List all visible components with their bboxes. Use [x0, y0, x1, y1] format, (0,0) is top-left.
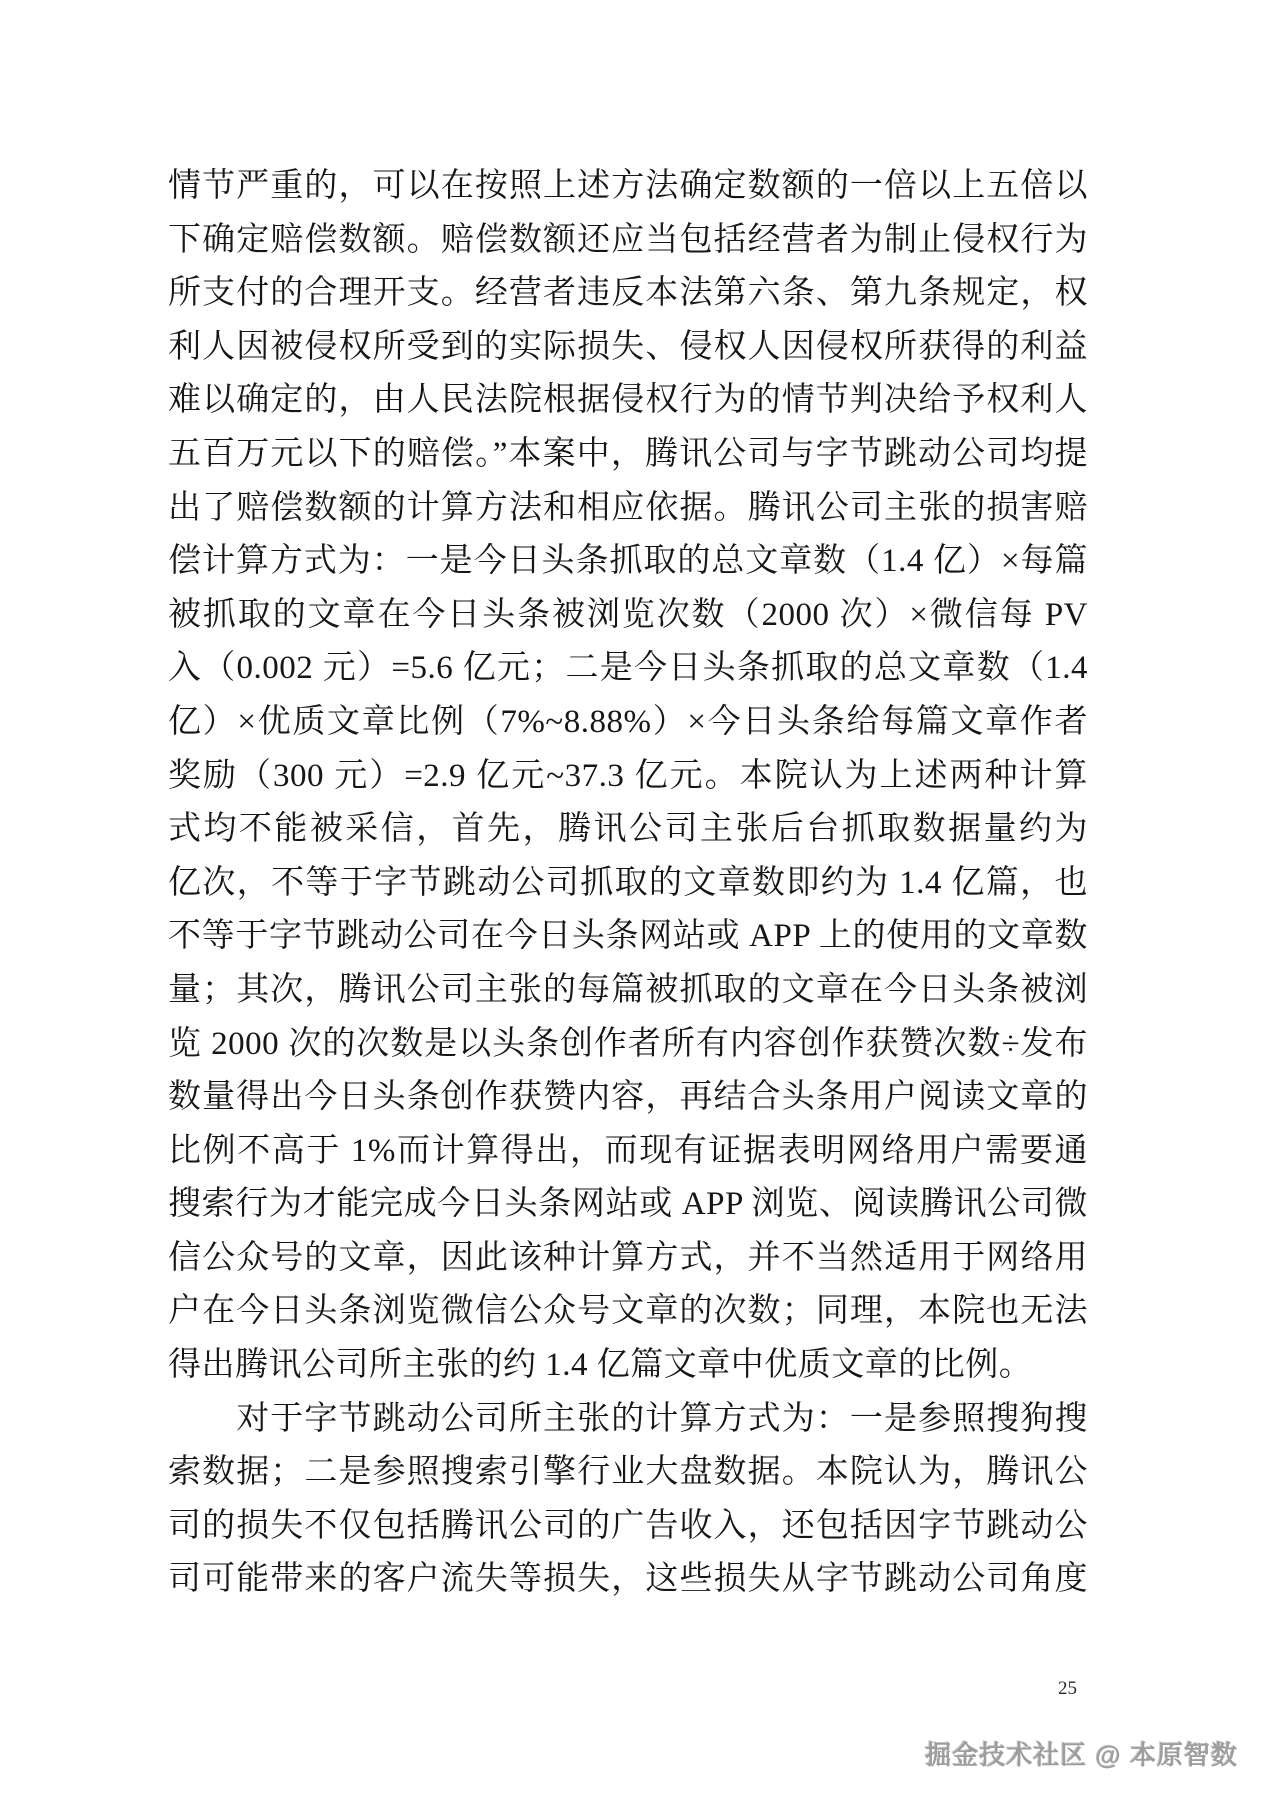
text-line: 所支付的合理开支。经营者违反本法第六条、第九条规定，权 [168, 267, 1088, 321]
text-line: 户在今日头条浏览微信公众号文章的次数；同理，本院也无法 [168, 1285, 1088, 1339]
text-line: 不等于字节跳动公司在今日头条网站或 APP 上的使用的文章数 [168, 910, 1088, 964]
text-line: 搜索行为才能完成今日头条网站或 APP 浏览、阅读腾讯公司微 [168, 1178, 1088, 1232]
text-line: 数量得出今日头条创作获赞内容，再结合头条用户阅读文章的 [168, 1071, 1088, 1125]
text-line: 情节严重的，可以在按照上述方法确定数额的一倍以上五倍以 [168, 160, 1088, 214]
text-line: 索数据；二是参照搜索引擎行业大盘数据。本院认为，腾讯公 [168, 1446, 1088, 1500]
text-line: 被抓取的文章在今日头条被浏览次数（2000 次）×微信每 PV 收 [168, 589, 1088, 643]
text-line: 难以确定的，由人民法院根据侵权行为的情节判决给予权利人 [168, 374, 1088, 428]
text-line-paragraph-end: 得出腾讯公司所主张的约 1.4 亿篇文章中优质文章的比例。 [168, 1339, 1088, 1393]
text-line: 司可能带来的客户流失等损失，这些损失从字节跳动公司角度 [168, 1553, 1088, 1607]
text-line: 信公众号的文章，因此该种计算方式，并不当然适用于网络用 [168, 1232, 1088, 1286]
text-line-paragraph-start: 对于字节跳动公司所主张的计算方式为：一是参照搜狗搜 [168, 1393, 1088, 1447]
judgment-text-block: 情节严重的，可以在按照上述方法确定数额的一倍以上五倍以 下确定赔偿数额。赔偿数额… [168, 160, 1088, 1607]
text-line: 入（0.002 元）=5.6 亿元；二是今日头条抓取的总文章数（1.4 [168, 642, 1088, 696]
document-page: 情节严重的，可以在按照上述方法确定数额的一倍以上五倍以 下确定赔偿数额。赔偿数额… [0, 0, 1280, 1810]
page-number: 25 [1058, 1678, 1077, 1700]
text-line: 量；其次，腾讯公司主张的每篇被抓取的文章在今日头条被浏 [168, 964, 1088, 1018]
text-line: 比例不高于 1%而计算得出，而现有证据表明网络用户需要通过 [168, 1125, 1088, 1179]
text-line: 出了赔偿数额的计算方法和相应依据。腾讯公司主张的损害赔 [168, 482, 1088, 536]
text-line: 亿次，不等于字节跳动公司抓取的文章数即约为 1.4 亿篇，也 [168, 857, 1088, 911]
text-line: 偿计算方式为：一是今日头条抓取的总文章数（1.4 亿）×每篇 [168, 535, 1088, 589]
text-line: 利人因被侵权所受到的实际损失、侵权人因侵权所获得的利益 [168, 321, 1088, 375]
text-line: 奖励（300 元）=2.9 亿元~37.3 亿元。本院认为上述两种计算方 [168, 750, 1088, 804]
text-line: 亿）×优质文章比例（7%~8.88%）×今日头条给每篇文章作者的 [168, 696, 1088, 750]
text-line: 五百万元以下的赔偿。”本案中，腾讯公司与字节跳动公司均提 [168, 428, 1088, 482]
community-watermark: 掘金技术社区 @ 本原智数 [925, 1738, 1238, 1772]
text-line: 览 2000 次的次数是以头条创作者所有内容创作获赞次数÷发布 [168, 1018, 1088, 1072]
text-line: 司的损失不仅包括腾讯公司的广告收入，还包括因字节跳动公 [168, 1500, 1088, 1554]
text-line: 下确定赔偿数额。赔偿数额还应当包括经营者为制止侵权行为 [168, 214, 1088, 268]
text-line: 式均不能被采信，首先，腾讯公司主张后台抓取数据量约为 1.4 [168, 803, 1088, 857]
